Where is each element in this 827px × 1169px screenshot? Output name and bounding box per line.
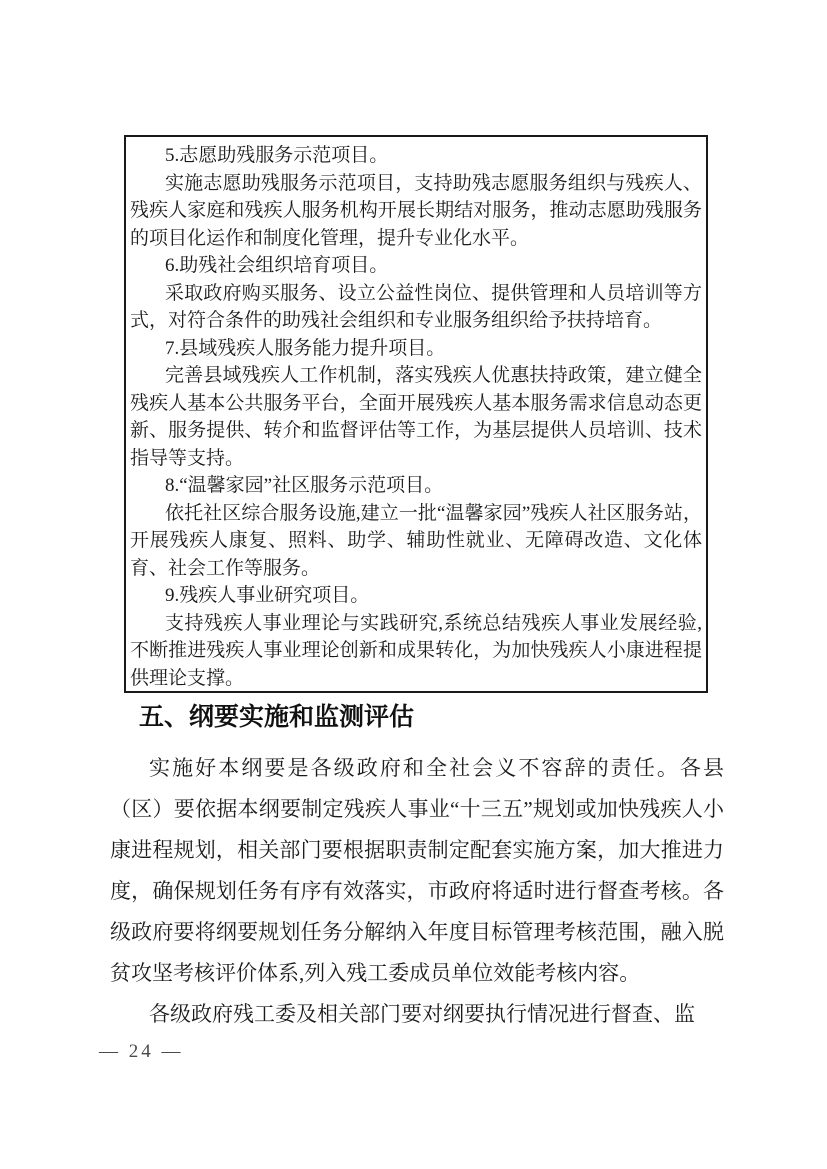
section-content: 五、纲要实施和监测评估 实施好本纲要是各级政府和全社会义不容辞的责任。各县（区）… (110, 700, 724, 1035)
project-item-title: 6.助残社会组织培育项目。 (130, 252, 702, 280)
body-paragraph: 各级政府残工委及相关部门要对纲要执行情况进行督查、监 (110, 994, 724, 1035)
project-item-body: 支持残疾人事业理论与实践研究,系统总结残疾人事业发展经验,不断推进残疾人事业理论… (130, 610, 702, 693)
document-page: 5.志愿助残服务示范项目。 实施志愿助残服务示范项目，支持助残志愿服务组织与残疾… (0, 0, 827, 1169)
body-paragraph: 实施好本纲要是各级政府和全社会义不容辞的责任。各县（区）要依据本纲要制定残疾人事… (110, 748, 724, 994)
page-number: — 24 — (99, 1041, 184, 1063)
section-heading: 五、纲要实施和监测评估 (110, 700, 724, 735)
project-item-body: 完善县域残疾人工作机制，落实残疾人优惠扶持政策，建立健全残疾人基本公共服务平台，… (130, 362, 702, 472)
project-item-body: 采取政府购买服务、设立公益性岗位、提供管理和人员培训等方式，对符合条件的助残社会… (130, 280, 702, 335)
project-item-title: 9.残疾人事业研究项目。 (130, 582, 702, 610)
project-item-title: 5.志愿助残服务示范项目。 (130, 142, 702, 170)
project-item-body: 依托社区综合服务设施,建立一批“温馨家园”残疾人社区服务站，开展残疾人康复、照料… (130, 500, 702, 583)
project-list-box: 5.志愿助残服务示范项目。 实施志愿助残服务示范项目，支持助残志愿服务组织与残疾… (124, 135, 708, 693)
project-item-title: 7.县域残疾人服务能力提升项目。 (130, 335, 702, 363)
project-item-body: 实施志愿助残服务示范项目，支持助残志愿服务组织与残疾人、残疾人家庭和残疾人服务机… (130, 170, 702, 253)
project-item-title: 8.“温馨家园”社区服务示范项目。 (130, 472, 702, 500)
